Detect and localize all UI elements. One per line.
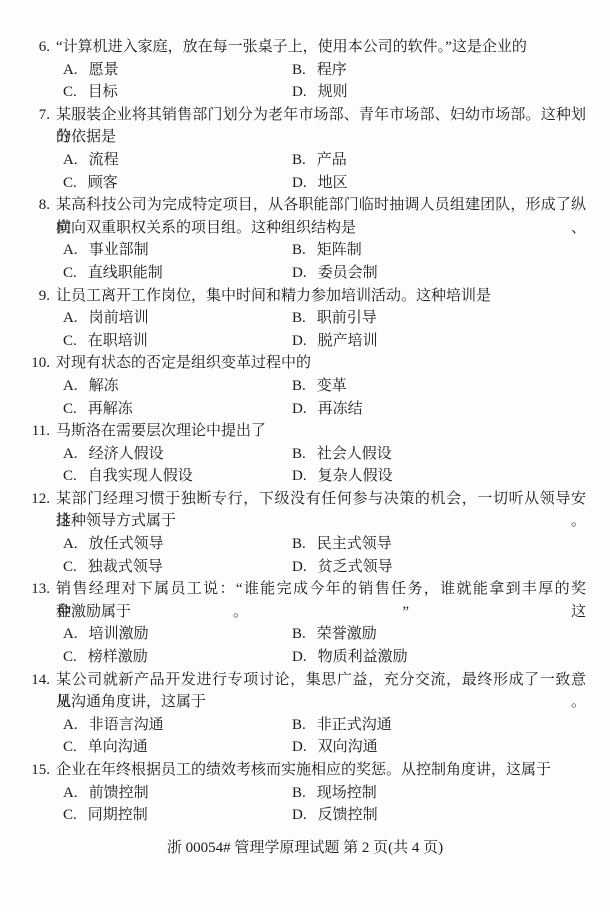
option-text: 再冻结: [318, 398, 363, 421]
option-text: 榜样激励: [88, 646, 148, 669]
option-text: 前馈控制: [89, 782, 149, 805]
option: C.自我实现人假设: [63, 465, 292, 488]
option-label: D.: [292, 81, 307, 104]
option: A.放任式领导: [63, 533, 292, 556]
options-row: C.同期控制D.反馈控制: [27, 804, 587, 827]
option-text: 复杂人假设: [318, 465, 393, 488]
option-label: C.: [63, 465, 77, 488]
option-label: D.: [292, 172, 307, 195]
option-label: D.: [292, 465, 307, 488]
option: A.事业部制: [63, 239, 292, 262]
option-text: 物质利益激励: [318, 646, 408, 669]
option-label: B.: [292, 782, 306, 805]
option-label: A.: [63, 149, 78, 172]
options-row: A.非语言沟通B.非正式沟通: [27, 714, 587, 737]
question-number: 10.: [27, 352, 50, 375]
options-row: A.解冻B.变革: [27, 375, 587, 398]
option-label: C.: [63, 262, 77, 285]
question-row: 8.某高科技公司为完成特定项目，从各职能部门临时抽调人员组建团队，形成了纵向、: [27, 194, 587, 217]
option: D.委员会制: [292, 262, 378, 285]
options-row: A.愿景B.程序: [27, 59, 587, 82]
option-label: A.: [63, 533, 78, 556]
option: A.解冻: [63, 375, 292, 398]
option-text: 独裁式领导: [88, 556, 163, 579]
option-label: A.: [63, 443, 78, 466]
option-text: 顾客: [88, 172, 118, 195]
option-label: A.: [63, 782, 78, 805]
option-text: 培训激励: [89, 623, 149, 646]
question-text-line: 让员工离开工作岗位，集中时间和精力参加培训活动。这种培训是: [56, 285, 586, 308]
options-row: A.培训激励B.荣誉激励: [27, 623, 587, 646]
option-label: D.: [292, 330, 307, 353]
option-text: 目标: [88, 81, 118, 104]
question-number: 15.: [27, 759, 50, 782]
option-label: B.: [292, 533, 306, 556]
option-text: 职前引导: [317, 307, 377, 330]
option: D.物质利益激励: [292, 646, 408, 669]
options-row: A.事业部制B.矩阵制: [27, 239, 587, 262]
option-text: 反馈控制: [318, 804, 378, 827]
option-label: C.: [63, 330, 77, 353]
questions-area: 6.“计算机进入家庭，放在每一张桌子上，使用本公司的软件。”这是企业的A.愿景B…: [27, 36, 587, 827]
question-text-continuation: 的依据是: [27, 126, 587, 149]
option: C.目标: [63, 81, 292, 104]
option-label: B.: [292, 307, 306, 330]
option: A.流程: [63, 149, 292, 172]
option: B.社会人假设: [292, 443, 392, 466]
question-row: 11.马斯洛在需要层次理论中提出了: [27, 420, 587, 443]
option-label: D.: [292, 646, 307, 669]
option-text: 放任式领导: [89, 533, 164, 556]
question-row: 13.销售经理对下属员工说：“谁能完成今年的销售任务，谁就能拿到丰厚的奖金。”这: [27, 578, 587, 601]
option-text: 岗前培训: [89, 307, 149, 330]
question-number: 8.: [27, 194, 50, 217]
question-number: 14.: [27, 669, 50, 692]
options-row: A.经济人假设B.社会人假设: [27, 443, 587, 466]
options-row: C.目标D.规则: [27, 81, 587, 104]
options-row: C.独裁式领导D.贫乏式领导: [27, 556, 587, 579]
option: C.在职培训: [63, 330, 292, 353]
option: D.再冻结: [292, 398, 363, 421]
option-text: 流程: [89, 149, 119, 172]
options-row: C.榜样激励D.物质利益激励: [27, 646, 587, 669]
option: C.顾客: [63, 172, 292, 195]
option-text: 矩阵制: [317, 239, 362, 262]
option: B.产品: [292, 149, 347, 172]
option-label: C.: [63, 556, 77, 579]
option: B.变革: [292, 375, 347, 398]
option-text: 现场控制: [317, 782, 377, 805]
option-label: A.: [63, 59, 78, 82]
option: A.非语言沟通: [63, 714, 292, 737]
options-row: C.再解冻D.再冻结: [27, 398, 587, 421]
option-text: 贫乏式领导: [318, 556, 393, 579]
option: A.培训激励: [63, 623, 292, 646]
option: A.岗前培训: [63, 307, 292, 330]
option-label: D.: [292, 556, 307, 579]
option-text: 在职培训: [88, 330, 148, 353]
option: A.愿景: [63, 59, 292, 82]
question-text-line: 某服装企业将其销售部门划分为老年市场部、青年市场部、妇幼市场部。这种划分: [56, 104, 586, 127]
option-text: 解冻: [89, 375, 119, 398]
option-label: C.: [63, 804, 77, 827]
option: D.贫乏式领导: [292, 556, 393, 579]
option-label: D.: [292, 398, 307, 421]
option-text: 荣誉激励: [317, 623, 377, 646]
question-row: 15.企业在年终根据员工的绩效考核而实施相应的奖惩。从控制角度讲，这属于: [27, 759, 587, 782]
option-text: 单向沟通: [88, 736, 148, 759]
option-label: D.: [292, 262, 307, 285]
options-row: C.自我实现人假设D.复杂人假设: [27, 465, 587, 488]
exam-page: 6.“计算机进入家庭，放在每一张桌子上，使用本公司的软件。”这是企业的A.愿景B…: [0, 0, 610, 912]
option-text: 非语言沟通: [89, 714, 164, 737]
option-label: B.: [292, 714, 306, 737]
option-label: B.: [292, 239, 306, 262]
option-text: 事业部制: [89, 239, 149, 262]
option: B.职前引导: [292, 307, 377, 330]
option-text: 再解冻: [88, 398, 133, 421]
option: B.矩阵制: [292, 239, 362, 262]
option-label: A.: [63, 307, 78, 330]
question-text-line: 对现有状态的否定是组织变革过程中的: [56, 352, 586, 375]
question-text-line: 马斯洛在需要层次理论中提出了: [56, 420, 586, 443]
option: C.再解冻: [63, 398, 292, 421]
option: D.复杂人假设: [292, 465, 393, 488]
option: A.经济人假设: [63, 443, 292, 466]
option-text: 变革: [317, 375, 347, 398]
option-label: A.: [63, 375, 78, 398]
options-row: A.前馈控制B.现场控制: [27, 782, 587, 805]
option-label: B.: [292, 59, 306, 82]
option-text: 自我实现人假设: [88, 465, 193, 488]
option: B.非正式沟通: [292, 714, 392, 737]
question-text-line: “计算机进入家庭，放在每一张桌子上，使用本公司的软件。”这是企业的: [56, 36, 586, 59]
option-text: 民主式领导: [317, 533, 392, 556]
option: D.规则: [292, 81, 348, 104]
question-text-line: 销售经理对下属员工说：“谁能完成今年的销售任务，谁就能拿到丰厚的奖金。”这: [56, 578, 586, 601]
question-number: 12.: [27, 488, 50, 511]
option-text: 委员会制: [318, 262, 378, 285]
option-text: 脱产培训: [318, 330, 378, 353]
option-text: 经济人假设: [89, 443, 164, 466]
option-text: 产品: [317, 149, 347, 172]
question-text-line: 某高科技公司为完成特定项目，从各职能部门临时抽调人员组建团队，形成了纵向、: [56, 194, 586, 217]
option-text: 双向沟通: [318, 736, 378, 759]
question-row: 10.对现有状态的否定是组织变革过程中的: [27, 352, 587, 375]
option: D.反馈控制: [292, 804, 378, 827]
option: D.双向沟通: [292, 736, 378, 759]
question-text-line: 某公司就新产品开发进行专项讨论，集思广益，充分交流，最终形成了一致意见。: [56, 669, 586, 692]
question-text-line: 某部门经理习惯于独断专行，下级没有任何参与决策的机会，一切听从领导安排。: [56, 488, 586, 511]
option-label: A.: [63, 239, 78, 262]
option-text: 愿景: [89, 59, 119, 82]
option: C.榜样激励: [63, 646, 292, 669]
options-row: C.直线职能制D.委员会制: [27, 262, 587, 285]
option: C.同期控制: [63, 804, 292, 827]
option: D.地区: [292, 172, 348, 195]
option: B.民主式领导: [292, 533, 392, 556]
question-number: 6.: [27, 36, 50, 59]
option-label: C.: [63, 646, 77, 669]
question-number: 13.: [27, 578, 50, 601]
question-row: 14.某公司就新产品开发进行专项讨论，集思广益，充分交流，最终形成了一致意见。: [27, 669, 587, 692]
question-text-line: 企业在年终根据员工的绩效考核而实施相应的奖惩。从控制角度讲，这属于: [56, 759, 586, 782]
option: B.程序: [292, 59, 347, 82]
option: C.单向沟通: [63, 736, 292, 759]
option-label: B.: [292, 375, 306, 398]
option-label: A.: [63, 623, 78, 646]
options-row: C.顾客D.地区: [27, 172, 587, 195]
option-text: 地区: [318, 172, 348, 195]
question-row: 9.让员工离开工作岗位，集中时间和精力参加培训活动。这种培训是: [27, 285, 587, 308]
question-number: 9.: [27, 285, 50, 308]
option: C.独裁式领导: [63, 556, 292, 579]
options-row: C.单向沟通D.双向沟通: [27, 736, 587, 759]
option-label: C.: [63, 736, 77, 759]
option-text: 同期控制: [88, 804, 148, 827]
question-number: 7.: [27, 104, 50, 127]
option-label: C.: [63, 81, 77, 104]
option-text: 规则: [318, 81, 348, 104]
option-text: 直线职能制: [88, 262, 163, 285]
option: C.直线职能制: [63, 262, 292, 285]
options-row: A.放任式领导B.民主式领导: [27, 533, 587, 556]
question-row: 7.某服装企业将其销售部门划分为老年市场部、青年市场部、妇幼市场部。这种划分: [27, 104, 587, 127]
option: A.前馈控制: [63, 782, 292, 805]
option-text: 非正式沟通: [317, 714, 392, 737]
page-footer: 浙 00054# 管理学原理试题 第 2 页(共 4 页): [0, 838, 610, 858]
question-row: 12.某部门经理习惯于独断专行，下级没有任何参与决策的机会，一切听从领导安排。: [27, 488, 587, 511]
option-text: 程序: [317, 59, 347, 82]
option: B.现场控制: [292, 782, 377, 805]
option-label: C.: [63, 172, 77, 195]
option-label: C.: [63, 398, 77, 421]
option-text: 社会人假设: [317, 443, 392, 466]
options-row: A.岗前培训B.职前引导: [27, 307, 587, 330]
question-row: 6.“计算机进入家庭，放在每一张桌子上，使用本公司的软件。”这是企业的: [27, 36, 587, 59]
option: B.荣誉激励: [292, 623, 377, 646]
option-label: D.: [292, 804, 307, 827]
option-label: B.: [292, 623, 306, 646]
option-label: B.: [292, 149, 306, 172]
options-row: C.在职培训D.脱产培训: [27, 330, 587, 353]
option-label: A.: [63, 714, 78, 737]
options-row: A.流程B.产品: [27, 149, 587, 172]
option: D.脱产培训: [292, 330, 378, 353]
option-label: B.: [292, 443, 306, 466]
option-label: D.: [292, 736, 307, 759]
question-number: 11.: [27, 420, 50, 443]
